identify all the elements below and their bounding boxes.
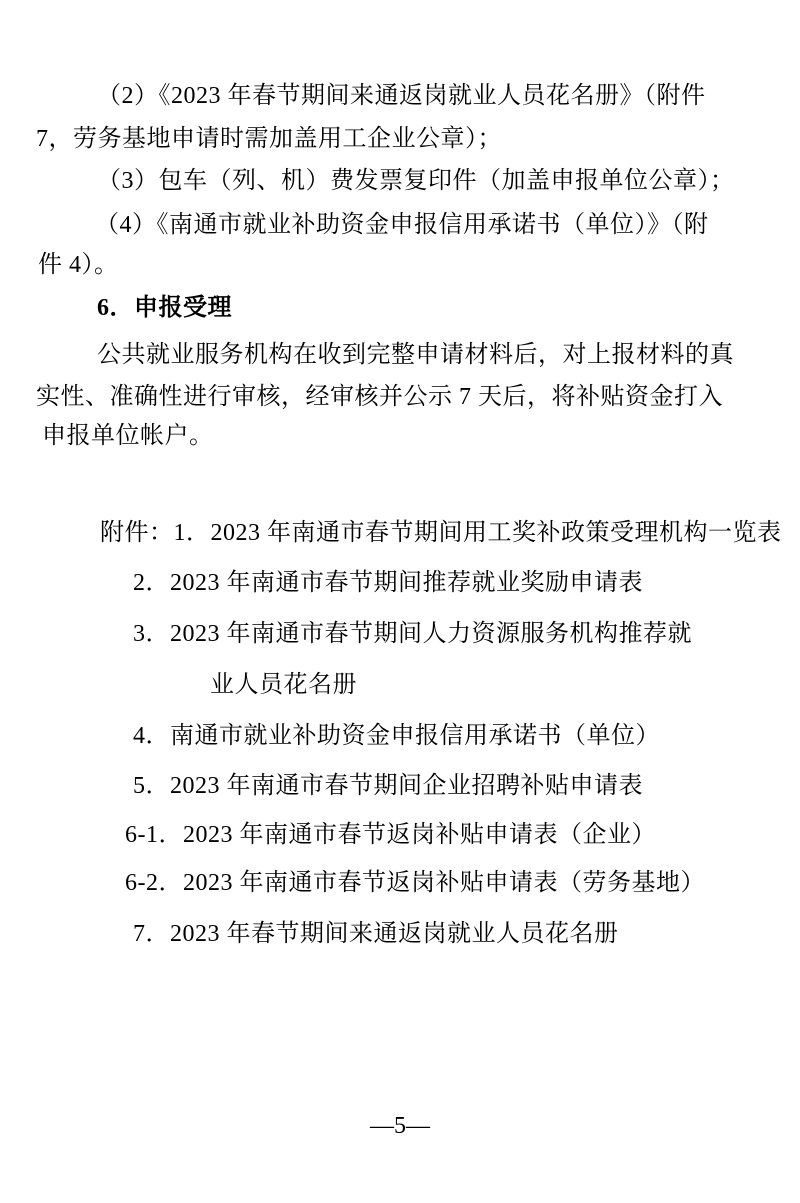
attachments-list-line: 5．2023 年南通市春节期间企业招聘补贴申请表 [133,770,643,802]
materials-paragraph-line: （4）《南通市就业补助资金申报信用承诺书（单位）》（附 [95,209,709,241]
document-page: （2）《2023 年春节期间来通返岗就业人员花名册》（附件 7，劳务基地申请时需… [0,0,800,1203]
attachments-list-line: 7．2023 年春节期间来通返岗就业人员花名册 [133,918,619,950]
materials-paragraph-line: 件 4）。 [38,249,119,281]
page-number: —5— [0,1110,800,1142]
section-heading: 6．申报受理 [97,292,232,324]
acceptance-paragraph-line: 实性、准确性进行审核，经审核并公示 7 天后，将补贴资金打入 [36,381,723,413]
attachments-list-line: 2．2023 年南通市春节期间推荐就业奖励申请表 [133,567,643,599]
materials-paragraph-line: （3）包车（列、机）费发票复印件（加盖申报单位公章）； [97,165,735,197]
acceptance-paragraph-line: 申报单位帐户。 [42,420,214,452]
attachments-list-line: 4．南通市就业补助资金申报信用承诺书（单位） [133,720,660,752]
materials-paragraph-line: （2）《2023 年春节期间来通返岗就业人员花名册》（附件 [97,80,706,112]
attachments-list-line-continuation: 业人员花名册 [210,669,357,701]
materials-paragraph-line: 7，劳务基地申请时需加盖用工企业公章）； [36,123,502,155]
attachments-list-line: 6-1．2023 年南通市春节返岗补贴申请表（企业） [125,819,656,851]
attachments-list-line: 3．2023 年南通市春节期间人力资源服务机构推荐就 [133,618,692,650]
attachments-label-line: 附件：1．2023 年南通市春节期间用工奖补政策受理机构一览表 [100,517,782,549]
acceptance-paragraph-line: 公共就业服务机构在收到完整申请材料后，对上报材料的真 [97,339,734,371]
attachments-list-line: 6-2．2023 年南通市春节返岗补贴申请表（劳务基地） [125,867,705,899]
